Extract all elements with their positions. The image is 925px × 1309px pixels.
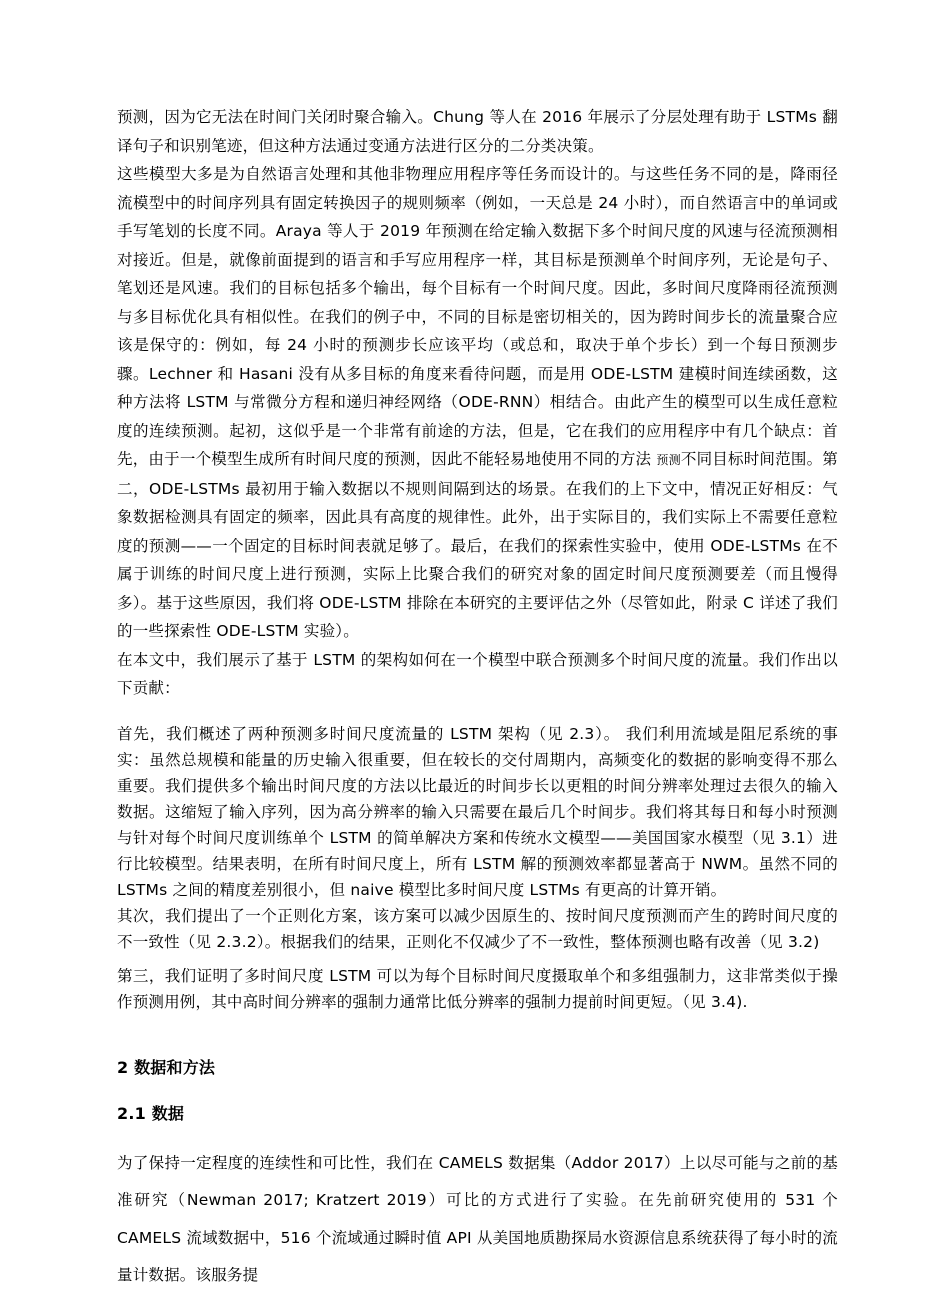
paragraph-model-comparison-small-word: 预测 (656, 453, 680, 467)
paragraph-intro-tail: 预测，因为它无法在时间门关闭时聚合输入。Chung 等人在 2016 年展示了分… (117, 103, 838, 160)
subsection-heading-data: 2.1 数据 (117, 1103, 838, 1124)
paragraph-model-comparison-text-a: 这些模型大多是为自然语言处理和其他非物理应用程序等任务而设计的。与这些任务不同的… (117, 165, 838, 468)
paragraph-contributions-lead: 在本文中，我们展示了基于 LSTM 的架构如何在一个模型中联合预测多个时间尺度的… (117, 646, 838, 703)
paragraph-model-comparison-text-b: 不同目标时间范围。第二，ODE-LSTMs 最初用于输入数据以不规则间隔到达的场… (117, 450, 838, 640)
paragraph-camels-data: 为了保持一定程度的连续性和可比性，我们在 CAMELS 数据集（Addor 20… (117, 1145, 838, 1295)
paragraph-contribution-first: 首先，我们概述了两种预测多时间尺度流量的 LSTM 架构（见 2.3）。 我们利… (117, 721, 838, 903)
document-page: 预测，因为它无法在时间门关闭时聚合输入。Chung 等人在 2016 年展示了分… (0, 0, 925, 1309)
paragraph-contribution-third: 第三，我们证明了多时间尺度 LSTM 可以为每个目标时间尺度摄取单个和多组强制力… (117, 963, 838, 1015)
paragraph-model-comparison: 这些模型大多是为自然语言处理和其他非物理应用程序等任务而设计的。与这些任务不同的… (117, 160, 838, 646)
section-heading-data-and-methods: 2 数据和方法 (117, 1057, 838, 1078)
page-content: 预测，因为它无法在时间门关闭时聚合输入。Chung 等人在 2016 年展示了分… (117, 103, 838, 1295)
paragraph-contribution-second: 其次，我们提出了一个正则化方案，该方案可以减少因原生的、按时间尺度预测而产生的跨… (117, 903, 838, 955)
